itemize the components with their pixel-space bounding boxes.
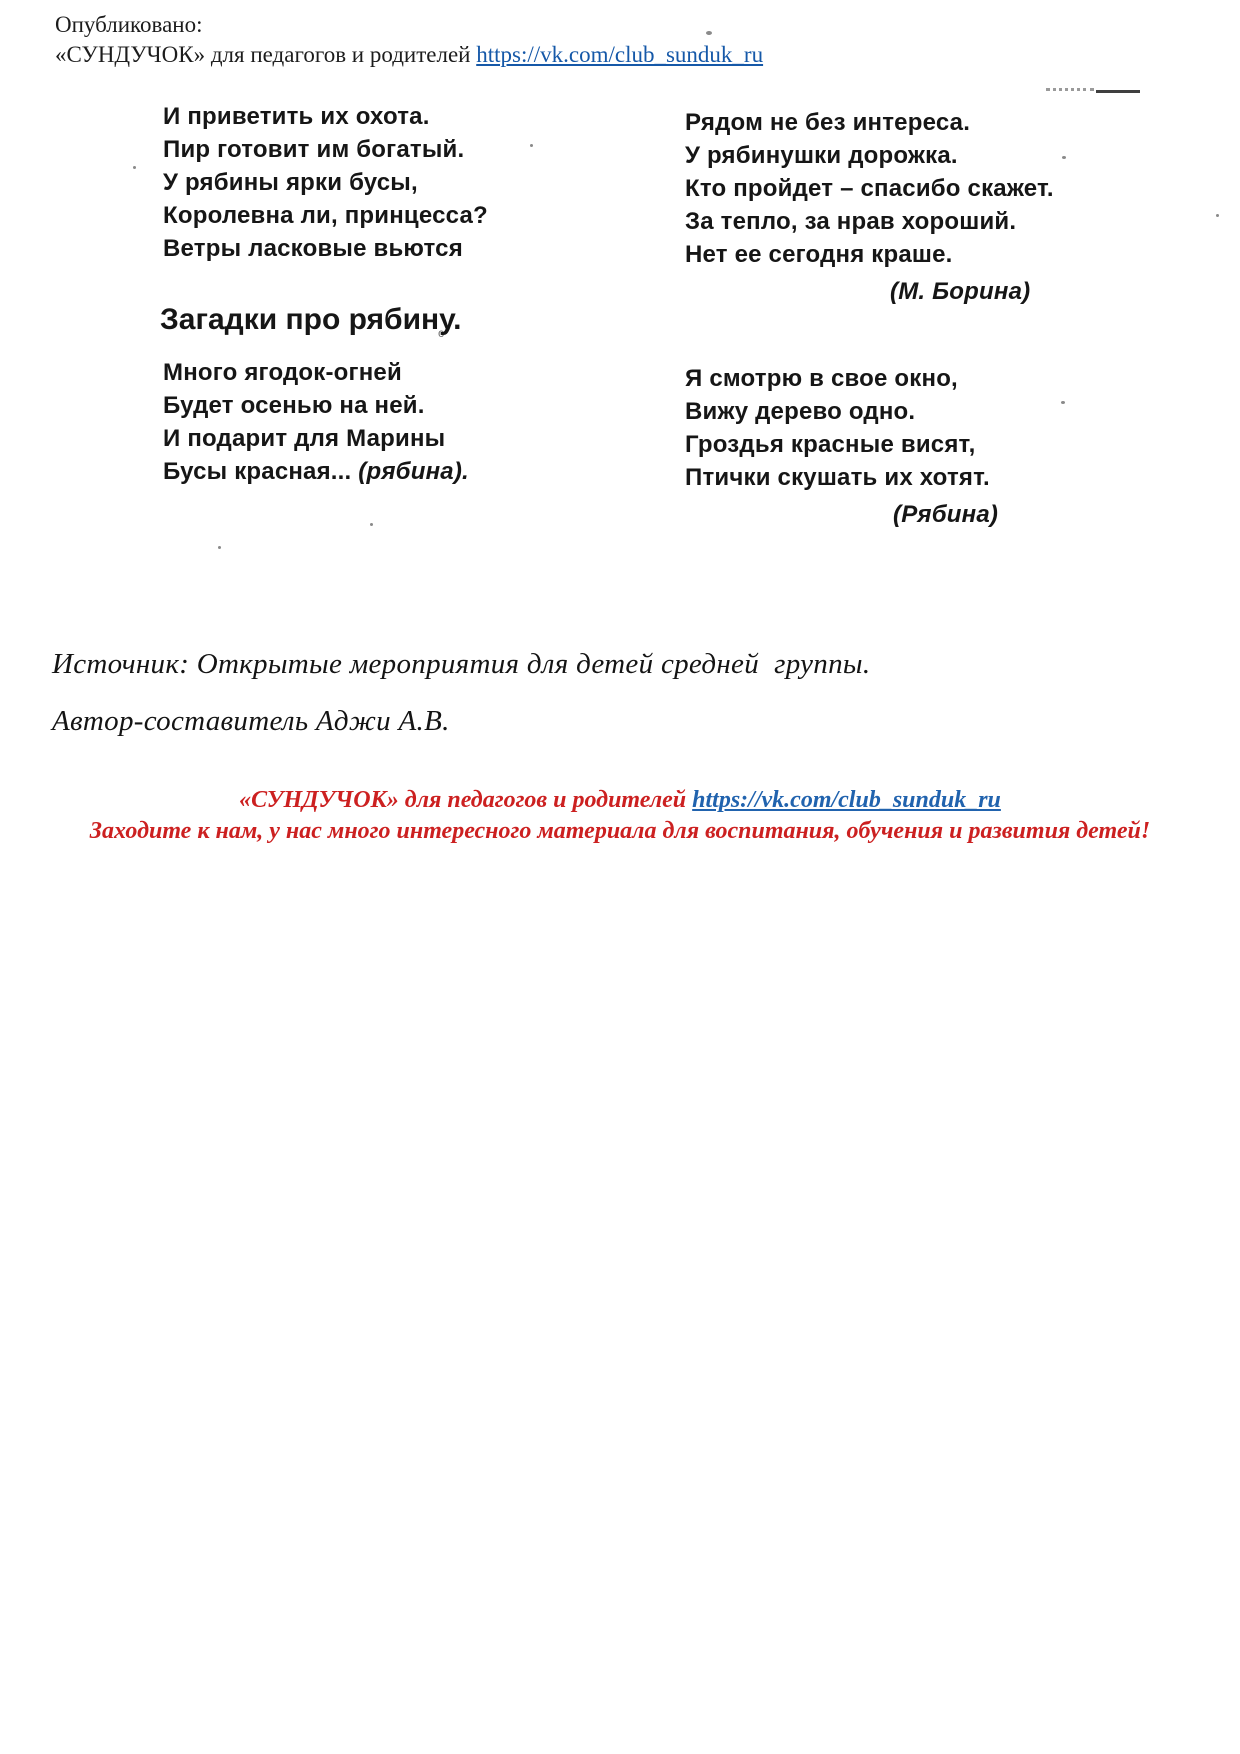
scan-artifact-solid-line [1096, 90, 1140, 93]
scan-speck [218, 546, 221, 549]
footer-club-link[interactable]: https://vk.com/club_sunduk_ru [692, 787, 1001, 813]
riddle-answer: (рябина). [351, 458, 468, 485]
poem-line: Много ягодок-огней [163, 356, 469, 389]
footer-invitation: Заходите к нам, у нас много интересного … [0, 816, 1240, 847]
poem-line: Вижу дерево одно. [685, 395, 998, 428]
header-club-prefix: «СУНДУЧОК» для педагогов и родителей [55, 42, 476, 67]
document-page: Опубликовано: «СУНДУЧОК» для педагогов и… [0, 0, 1240, 1754]
scan-speck [706, 31, 712, 35]
poem-line: И подарит для Марины [163, 422, 469, 455]
poem-line: И приветить их охота. [163, 100, 488, 133]
attribution-ryabina: (Рябина) [893, 498, 998, 531]
riddle-text: Бусы красная... [163, 458, 351, 485]
header-club-link[interactable]: https://vk.com/club_sunduk_ru [476, 42, 763, 67]
riddles-heading: Загадки про рябину. [160, 303, 462, 337]
scan-speck [1061, 401, 1065, 404]
poem-line-with-answer: Бусы красная... (рябина). [163, 455, 469, 488]
poem-line: У рябины ярки бусы, [163, 166, 488, 199]
poem-line: Королевна ли, принцесса? [163, 199, 488, 232]
stanza-bottom-left: Много ягодок-огней Будет осенью на ней. … [163, 356, 469, 488]
page-footer: «СУНДУЧОК» для педагогов и родителей htt… [0, 785, 1240, 847]
footer-club-line: «СУНДУЧОК» для педагогов и родителей htt… [0, 785, 1240, 816]
page-header: Опубликовано: «СУНДУЧОК» для педагогов и… [55, 10, 763, 70]
footer-club-prefix: «СУНДУЧОК» для педагогов и родителей [239, 787, 692, 813]
scan-speck [370, 523, 373, 526]
poem-line: У рябинушки дорожка. [685, 139, 1054, 172]
header-club-line: «СУНДУЧОК» для педагогов и родителей htt… [55, 40, 763, 70]
published-label: Опубликовано: [55, 10, 763, 40]
poem-line: За тепло, за нрав хороший. [685, 205, 1054, 238]
attribution-borina: (М. Борина) [890, 275, 1054, 308]
poem-line: Пир готовит им богатый. [163, 133, 488, 166]
scan-speck [530, 144, 533, 147]
poem-line: Нет ее сегодня краше. [685, 238, 1054, 271]
source-line: Источник: Открытые мероприятия для детей… [52, 648, 870, 681]
poem-line: Птички скушать их хотят. [685, 461, 998, 494]
stanza-top-right: Рядом не без интереса. У рябинушки дорож… [685, 106, 1054, 308]
scan-artifact-dotted-line [1046, 88, 1094, 91]
poem-line: Будет осенью на ней. [163, 389, 469, 422]
scan-speck [133, 166, 136, 169]
poem-line: Кто пройдет – спасибо скажет. [685, 172, 1054, 205]
poem-line: Рядом не без интереса. [685, 106, 1054, 139]
author-line: Автор-составитель Аджи А.В. [52, 705, 450, 738]
scan-speck [1062, 156, 1066, 159]
stanza-bottom-right: Я смотрю в свое окно, Вижу дерево одно. … [685, 362, 998, 531]
poem-line: Я смотрю в свое окно, [685, 362, 998, 395]
scan-speck [1216, 214, 1219, 217]
stanza-top-left: И приветить их охота. Пир готовит им бог… [163, 100, 488, 265]
poem-line: Ветры ласковые вьются [163, 232, 488, 265]
poem-line: Гроздья красные висят, [685, 428, 998, 461]
